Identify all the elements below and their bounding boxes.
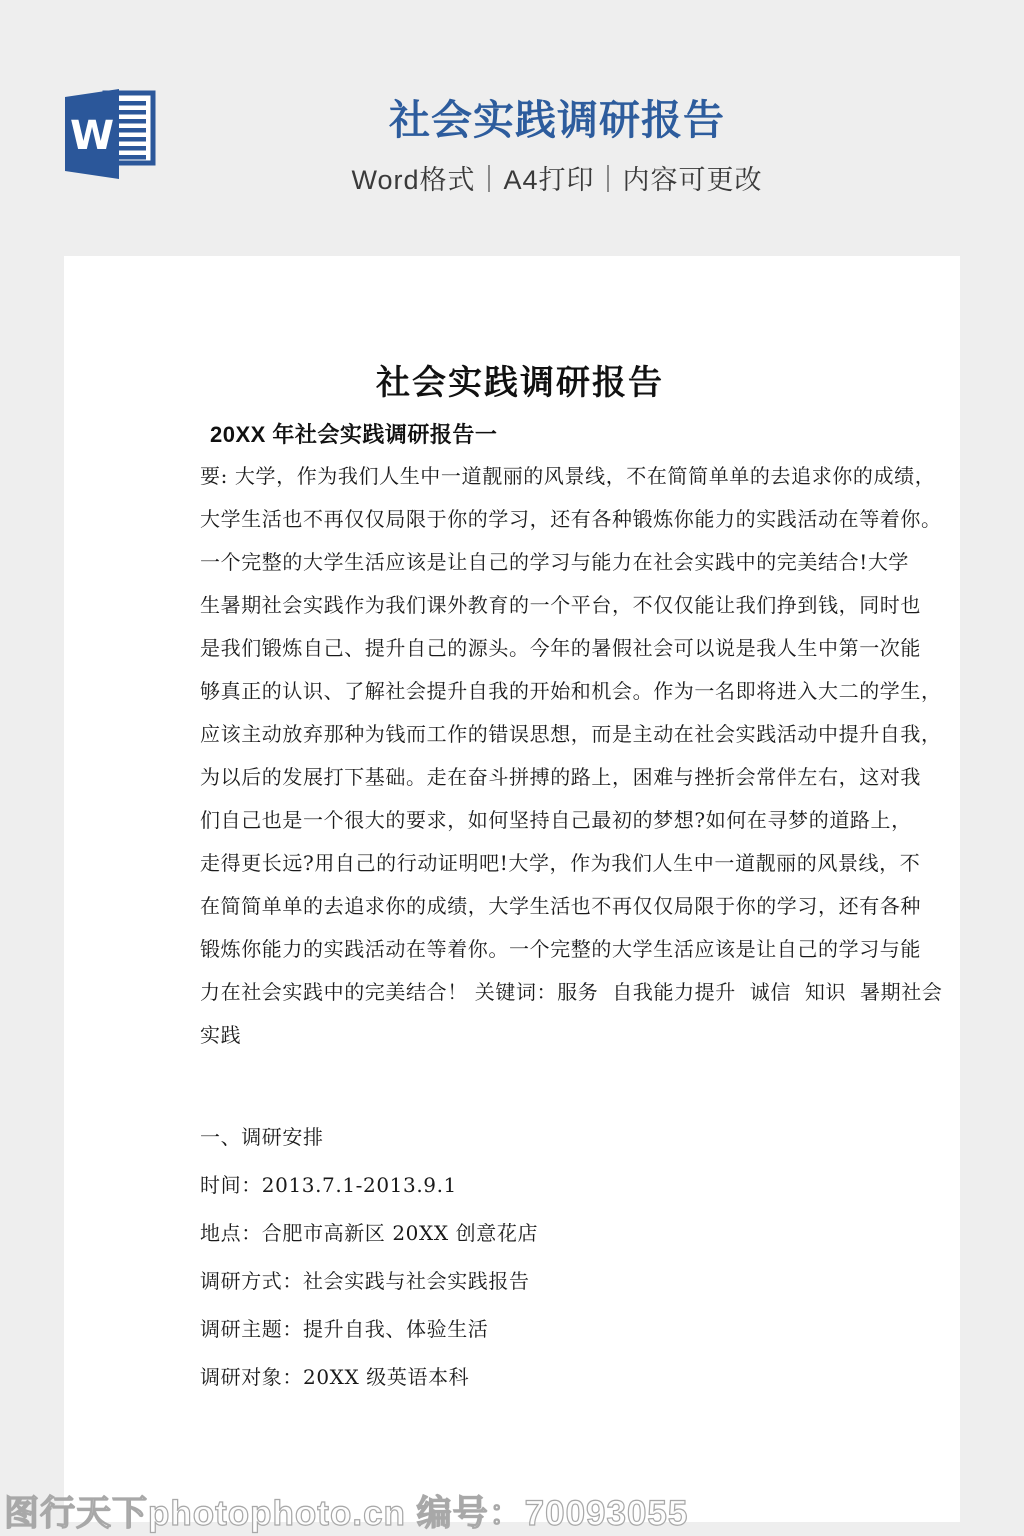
info-line-method: 调研方式：社会实践与社会实践报告 (200, 1257, 840, 1305)
paragraph-line: 应该主动放弃那种为钱而工作的错误思想，而是主动在社会实践活动中提升自我， (200, 713, 840, 756)
info-line-subject: 调研对象：20XX 级英语本科 (200, 1353, 840, 1401)
paragraph-line: 大学生活也不再仅仅局限于你的学习，还有各种锻炼你能力的实践活动在等着你。 (200, 498, 840, 541)
paragraph-line: 要: 大学，作为我们人生中一道靓丽的风景线，不在简简单单的去追求你的成绩， (200, 455, 840, 498)
document-title: 社会实践调研报告 (200, 361, 840, 405)
template-subtitle: Word格式｜A4打印｜内容可更改 (90, 158, 1024, 197)
paragraph-line: 锻炼你能力的实践活动在等着你。一个完整的大学生活应该是让自己的学习与能 (200, 928, 840, 971)
paragraph-line: 生暑期社会实践作为我们课外教育的一个平台，不仅仅能让我们挣到钱，同时也 (200, 584, 840, 627)
document-page: 社会实践调研报告 20XX 年社会实践调研报告一 要: 大学，作为我们人生中一道… (64, 256, 960, 1522)
paragraph-line: 够真正的认识、了解社会提升自我的开始和机会。作为一名即将进入大二的学生， (200, 670, 840, 713)
info-line-location: 地点：合肥市高新区 20XX 创意花店 (200, 1209, 840, 1257)
site-watermark: 图行天下photophoto.cn 编号：70093055 (4, 1486, 688, 1536)
document-paragraph: 要: 大学，作为我们人生中一道靓丽的风景线，不在简简单单的去追求你的成绩， 大学… (200, 455, 840, 1057)
paragraph-line: 在简简单单的去追求你的成绩，大学生活也不再仅仅局限于你的学习，还有各种 (200, 885, 840, 928)
template-title: 社会实践调研报告 (90, 96, 1024, 144)
paragraph-line: 实践 (200, 1014, 840, 1057)
paragraph-line: 力在社会实践中的完美结合！ 关键词：服务 自我能力提升 诚信 知识 暑期社会 (200, 971, 840, 1014)
header-text-block: 社会实践调研报告 Word格式｜A4打印｜内容可更改 (0, 96, 1024, 197)
paragraph-line: 们自己也是一个很大的要求，如何坚持自己最初的梦想?如何在寻梦的道路上， (200, 799, 840, 842)
paragraph-line: 走得更长远?用自己的行动证明吧!大学，作为我们人生中一道靓丽的风景线，不 (200, 842, 840, 885)
info-line-topic: 调研主题：提升自我、体验生活 (200, 1305, 840, 1353)
paragraph-line: 一个完整的大学生活应该是让自己的学习与能力在社会实践中的完美结合!大学 (200, 541, 840, 584)
info-line-time: 时间：2013.7.1-2013.9.1 (200, 1161, 840, 1209)
paragraph-line: 为以后的发展打下基础。走在奋斗拼搏的路上，困难与挫折会常伴左右，这对我 (200, 756, 840, 799)
paragraph-line: 是我们锻炼自己、提升自己的源头。今年的暑假社会可以说是我人生中第一次能 (200, 627, 840, 670)
document-heading: 20XX 年社会实践调研报告一 (200, 421, 840, 449)
research-arrangement-list: 一、调研安排 时间：2013.7.1-2013.9.1 地点：合肥市高新区 20… (200, 1113, 840, 1401)
header-banner: W 社会实践调研报告 Word格式｜A4打印｜内容可更改 (0, 0, 1024, 256)
info-line-section: 一、调研安排 (200, 1113, 840, 1161)
